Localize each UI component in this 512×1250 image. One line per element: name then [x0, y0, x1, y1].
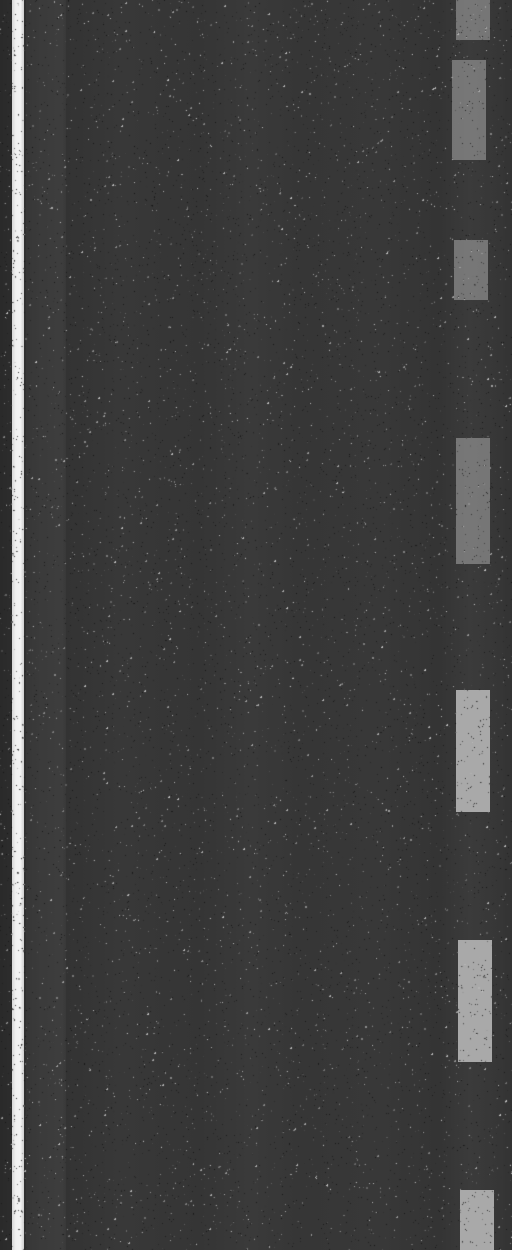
lane-dash: [460, 1190, 494, 1250]
asphalt-surface: [0, 0, 512, 1250]
road-scene: [0, 0, 512, 1250]
lane-dash: [458, 940, 492, 1062]
road-shoulder: [26, 0, 66, 1250]
lane-dash: [452, 60, 486, 160]
solid-edge-line: [12, 0, 24, 1250]
lane-dash: [456, 438, 490, 564]
lane-dash: [456, 690, 490, 812]
lane-dash: [454, 240, 488, 300]
lane-dash: [456, 0, 490, 40]
